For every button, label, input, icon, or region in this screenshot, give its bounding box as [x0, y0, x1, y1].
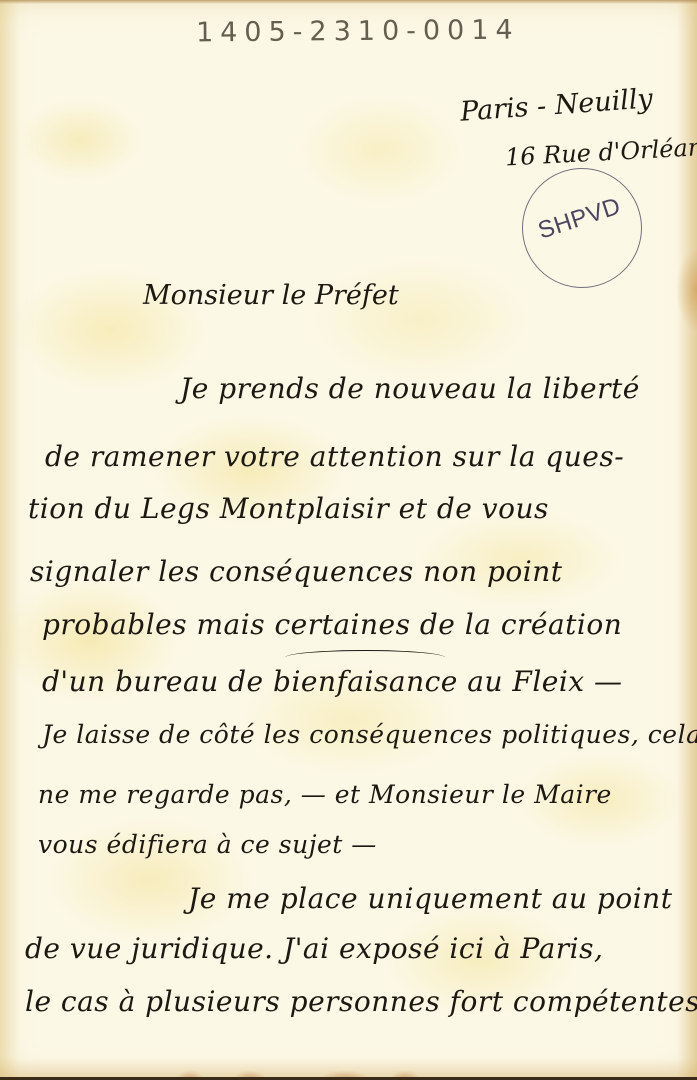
body-line: de vue juridique. J'ai exposé ici à Pari…	[25, 932, 603, 965]
body-line: Je prends de nouveau la liberté	[180, 372, 640, 405]
page-bottom-edge	[0, 1058, 697, 1080]
body-line: probables mais certaines de la création	[42, 608, 622, 641]
body-line: tion du Legs Montplaisir et de vous	[28, 492, 549, 525]
sender-address-city: Paris - Neuilly	[459, 83, 654, 127]
body-line: ne me regarde pas, — et Monsieur le Mair…	[38, 780, 612, 809]
body-line: vous édifiera à ce sujet —	[38, 830, 377, 859]
body-line: le cas à plusieurs personnes fort compét…	[25, 985, 697, 1018]
body-line: Je me place uniquement au point	[188, 882, 672, 915]
body-line: d'un bureau de bienfaisance au Fleix —	[42, 665, 623, 698]
salutation: Monsieur le Préfet	[143, 280, 399, 311]
archive-reference-number: 1405-2310-0014	[196, 15, 520, 49]
body-line: Je laisse de côté les conséquences polit…	[42, 720, 697, 749]
letter-page: 1405-2310-0014 Paris - Neuilly 16 Rue d'…	[0, 0, 697, 1080]
body-line: signaler les conséquences non point	[30, 555, 563, 588]
sender-address-street: 16 Rue d'Orléans	[504, 133, 697, 172]
archive-stamp: SHPVD	[522, 168, 642, 288]
underline-stroke	[285, 650, 445, 665]
body-line: de ramener votre attention sur la ques-	[45, 440, 624, 473]
stamp-text: SHPVD	[535, 193, 625, 246]
page-top-edge	[0, 0, 697, 4]
